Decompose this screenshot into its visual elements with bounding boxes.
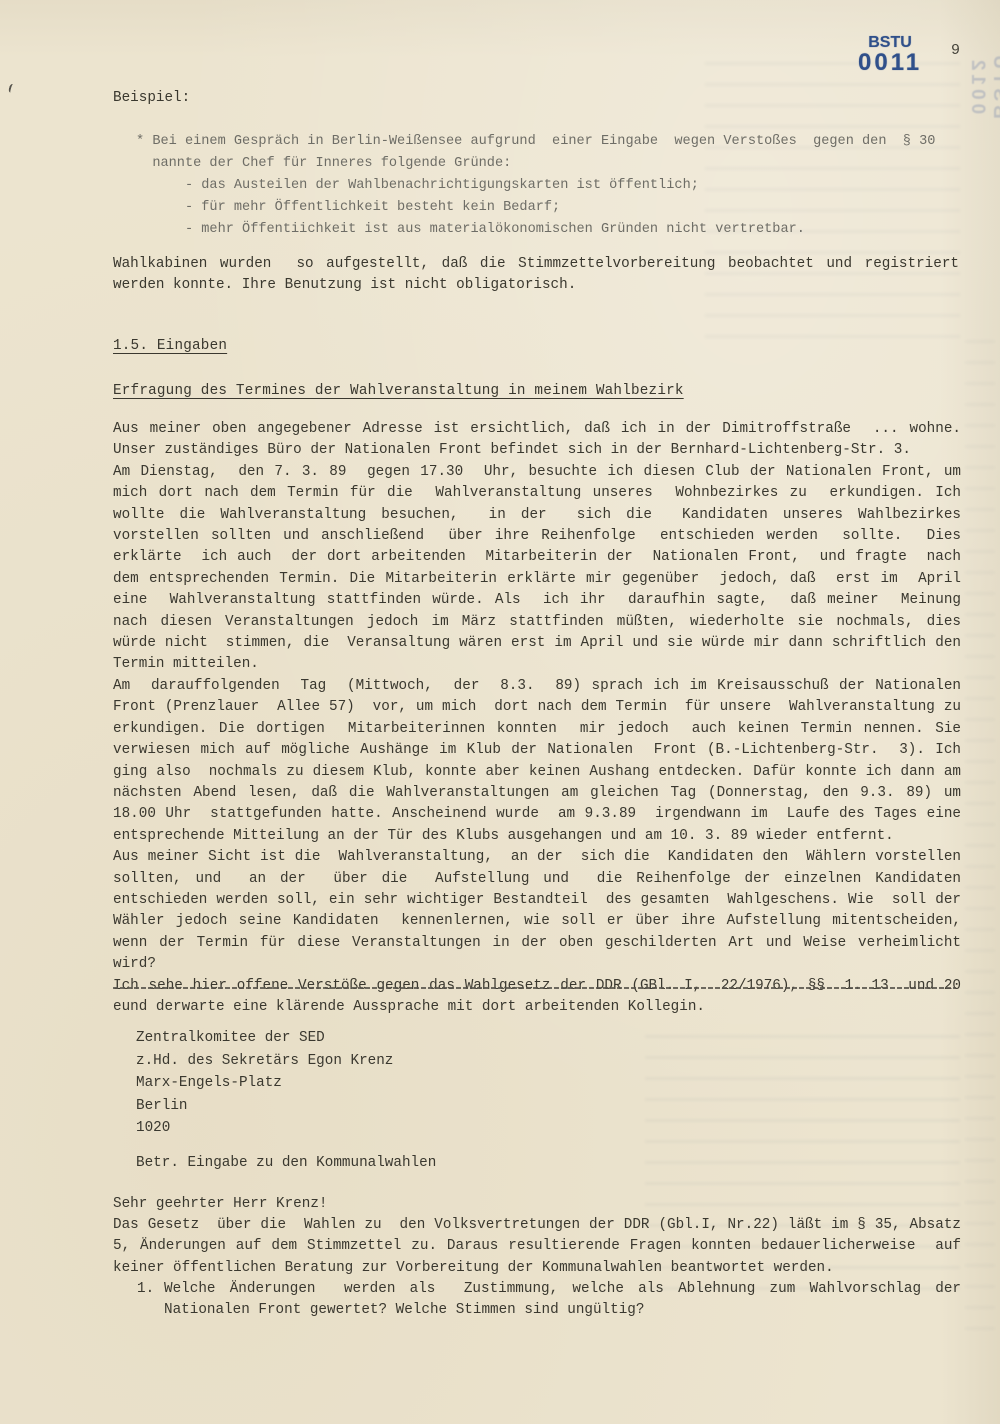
- bstu-stamp: BSTU 0011: [858, 34, 922, 77]
- letter2-question-1: 1. Welche Änderungen werden als Zustimmu…: [137, 1279, 961, 1322]
- bstu-stamp-number: 0011: [858, 49, 922, 77]
- section-heading: 1.5. Eingaben: [113, 336, 227, 357]
- letter2-recipient-address: Zentralkomitee der SED z.Hd. des Sekretä…: [136, 1027, 393, 1140]
- document-page: BSTU 0012 BSTU 0011 9 Beispiel: * Bei ei…: [0, 0, 1000, 1424]
- bstu-stamp-bleedthrough: BSTU 0012: [966, 0, 1000, 175]
- letter2-intro: Das Gesetz über die Wahlen zu den Volksv…: [113, 1215, 961, 1279]
- letter1-title: Erfragung des Termines der Wahlveranstal…: [113, 381, 684, 402]
- example-body: * Bei einem Gespräch in Berlin-Weißensee…: [136, 131, 960, 241]
- letter2-subject: Betr. Eingabe zu den Kommunalwahlen: [136, 1153, 436, 1174]
- letter2-salutation: Sehr geehrter Herr Krenz!: [113, 1194, 328, 1215]
- paper-speck: [8, 83, 16, 93]
- letter1-body: Aus meiner oben angegebener Adresse ist …: [113, 419, 961, 1018]
- page-number: 9: [951, 42, 960, 59]
- example-label: Beispiel:: [113, 88, 190, 109]
- dashed-separator: [113, 987, 956, 989]
- question-text: Welche Änderungen werden als Zustimmung,…: [164, 1279, 961, 1322]
- question-number: 1.: [137, 1279, 164, 1300]
- paragraph-wahlkabinen: Wahlkabinen wurden so aufgestellt, daß d…: [113, 254, 959, 297]
